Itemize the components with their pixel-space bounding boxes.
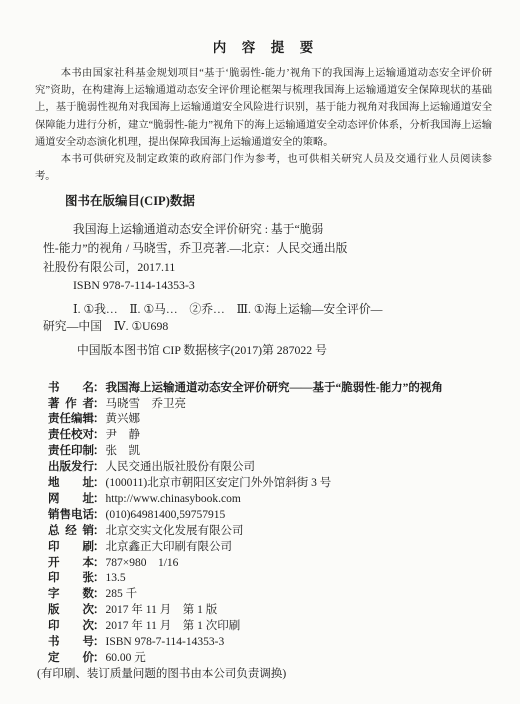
summary-paragraph-1: 本书由国家社科基金规划项目“基于‘脆弱性-能力’视角下的我国海上运输通道动态安全… — [35, 65, 492, 151]
colophon-value: 张 凯 — [106, 445, 141, 457]
colophon-label: 印张 — [48, 571, 94, 587]
colophon-value: 13.5 — [106, 572, 126, 584]
colophon-label: 出版发行 — [48, 460, 94, 476]
content-summary-section: 内 容 提 要 本书由国家社科基金规划项目“基于‘脆弱性-能力’视角下的我国海上… — [35, 40, 492, 185]
label-colon: ： — [93, 541, 105, 553]
colophon-value: 尹 静 — [106, 429, 141, 441]
colophon-value: 北京鑫正大印刷有限公司 — [106, 541, 233, 553]
cip-title-line: 我国海上运输通道动态安全评价研究 : 基于“脆弱 — [43, 220, 363, 239]
cip-title-line: 社股份有限公司，2017.11 — [43, 258, 363, 277]
colophon-label: 总经销 — [48, 524, 94, 540]
colophon-label: 书号 — [48, 635, 94, 651]
page-content: 内 容 提 要 本书由国家社科基金规划项目“基于‘脆弱性-能力’视角下的我国海上… — [0, 40, 520, 683]
cip-record-number: 中国版本图书馆 CIP 数据核字(2017)第 287022 号 — [77, 343, 492, 357]
colophon-row-editor: 责任编辑：黄兴娜 — [48, 412, 492, 428]
colophon-label: 责任印制 — [48, 444, 94, 460]
cip-isbn: ISBN 978-7-114-14353-3 — [43, 276, 363, 295]
colophon-value: 787×980 1/16 — [106, 557, 179, 569]
label-colon: ： — [93, 461, 105, 473]
colophon-row-word-count: 字数：285 千 — [48, 587, 492, 603]
summary-title: 内 容 提 要 — [35, 40, 492, 55]
colophon-row-address: 地址：(100011)北京市朝阳区安定门外外馆斜街 3 号 — [48, 476, 492, 492]
label-colon: ： — [93, 636, 105, 648]
colophon-row-price: 定价：60.00 元 — [48, 651, 492, 667]
colophon-label: 书名 — [48, 381, 94, 397]
colophon-row-format: 开本：787×980 1/16 — [48, 556, 492, 572]
colophon-value: 285 千 — [106, 588, 138, 600]
book-copyright-page: 内 容 提 要 本书由国家社科基金规划项目“基于‘脆弱性-能力’视角下的我国海上… — [0, 0, 520, 704]
label-colon: ： — [93, 557, 105, 569]
label-colon: ： — [93, 398, 105, 410]
colophon-row-printer: 印刷：北京鑫正大印刷有限公司 — [48, 540, 492, 556]
quality-exchange-note: (有印刷、装订质量问题的图书由本公司负责调换) — [37, 667, 492, 683]
cip-classification-line: Ⅰ. ①我… Ⅱ. ①马… ②乔… Ⅲ. ①海上运输—安全评价— — [43, 301, 492, 318]
colophon-value: http://www.chinasybook.com — [106, 493, 241, 505]
label-colon: ： — [93, 509, 105, 521]
colophon-label: 责任校对 — [48, 428, 94, 444]
cip-header: 图书在版编目(CIP)数据 — [65, 194, 492, 208]
label-colon: ： — [93, 588, 105, 600]
colophon-row-website: 网址：http://www.chinasybook.com — [48, 492, 492, 508]
colophon-value: 我国海上运输通道动态安全评价研究——基于“脆弱性-能力”的视角 — [106, 382, 443, 394]
colophon-row-impression: 印次：2017 年 11 月 第 1 次印刷 — [48, 619, 492, 635]
colophon-row-book-number: 书号：ISBN 978-7-114-14353-3 — [48, 635, 492, 651]
label-colon: ： — [93, 413, 105, 425]
colophon-row-edition: 版次：2017 年 11 月 第 1 版 — [48, 603, 492, 619]
colophon-label: 销售电话 — [48, 508, 94, 524]
colophon-row-sales-phone: 销售电话：(010)64981400,59757915 — [48, 508, 492, 524]
colophon-label: 网址 — [48, 492, 94, 508]
colophon-value: ISBN 978-7-114-14353-3 — [106, 636, 225, 648]
cip-classification-block: Ⅰ. ①我… Ⅱ. ①马… ②乔… Ⅲ. ①海上运输—安全评价— 研究—中国 Ⅳ… — [43, 301, 492, 336]
label-colon: ： — [93, 620, 105, 632]
cip-section: 图书在版编目(CIP)数据 我国海上运输通道动态安全评价研究 : 基于“脆弱 性… — [35, 194, 492, 356]
label-colon: ： — [93, 382, 105, 394]
label-colon: ： — [93, 477, 105, 489]
cip-title-block: 我国海上运输通道动态安全评价研究 : 基于“脆弱 性-能力”的视角 / 马晓雪，… — [43, 220, 363, 294]
colophon-row-authors: 著作者：马晓雪 乔卫亮 — [48, 397, 492, 413]
label-colon: ： — [93, 493, 105, 505]
colophon-row-publisher: 出版发行：人民交通出版社股份有限公司 — [48, 460, 492, 476]
colophon-row-sheets: 印张：13.5 — [48, 571, 492, 587]
label-colon: ： — [93, 652, 105, 664]
colophon-row-print-supervisor: 责任印制：张 凯 — [48, 444, 492, 460]
colophon-label: 责任编辑 — [48, 412, 94, 428]
colophon-value: 黄兴娜 — [106, 413, 141, 425]
colophon-label: 地址 — [48, 476, 94, 492]
colophon-value: (100011)北京市朝阳区安定门外外馆斜街 3 号 — [106, 477, 332, 489]
colophon-row-book-title: 书名：我国海上运输通道动态安全评价研究——基于“脆弱性-能力”的视角 — [48, 381, 492, 397]
colophon-row-proofreader: 责任校对：尹 静 — [48, 428, 492, 444]
label-colon: ： — [93, 604, 105, 616]
colophon-value: 马晓雪 乔卫亮 — [106, 398, 187, 410]
cip-title-line: 性-能力”的视角 / 马晓雪，乔卫亮著.—北京：人民交通出版 — [43, 239, 363, 258]
colophon-section: 书名：我国海上运输通道动态安全评价研究——基于“脆弱性-能力”的视角 著作者：马… — [48, 381, 492, 667]
colophon-value: 60.00 元 — [106, 652, 146, 664]
colophon-label: 开本 — [48, 556, 94, 572]
summary-paragraph-2: 本书可供研究及制定政策的政府部门作为参考，也可供相关研究人员及交通行业人员阅读参… — [35, 151, 492, 185]
colophon-value: 人民交通出版社股份有限公司 — [106, 461, 256, 473]
label-colon: ： — [93, 525, 105, 537]
colophon-label: 版次 — [48, 603, 94, 619]
label-colon: ： — [93, 429, 105, 441]
colophon-value: 北京交实文化发展有限公司 — [106, 525, 244, 537]
label-colon: ： — [93, 445, 105, 457]
colophon-label: 定价 — [48, 651, 94, 667]
colophon-row-distributor: 总经销：北京交实文化发展有限公司 — [48, 524, 492, 540]
colophon-value: (010)64981400,59757915 — [106, 509, 226, 521]
colophon-label: 字数 — [48, 587, 94, 603]
colophon-value: 2017 年 11 月 第 1 次印刷 — [106, 620, 241, 632]
colophon-label: 印次 — [48, 619, 94, 635]
colophon-label: 著作者 — [48, 397, 94, 413]
cip-classification-line: 研究—中国 Ⅳ. ①U698 — [43, 318, 492, 335]
colophon-value: 2017 年 11 月 第 1 版 — [106, 604, 218, 616]
colophon-label: 印刷 — [48, 540, 94, 556]
label-colon: ： — [93, 572, 105, 584]
